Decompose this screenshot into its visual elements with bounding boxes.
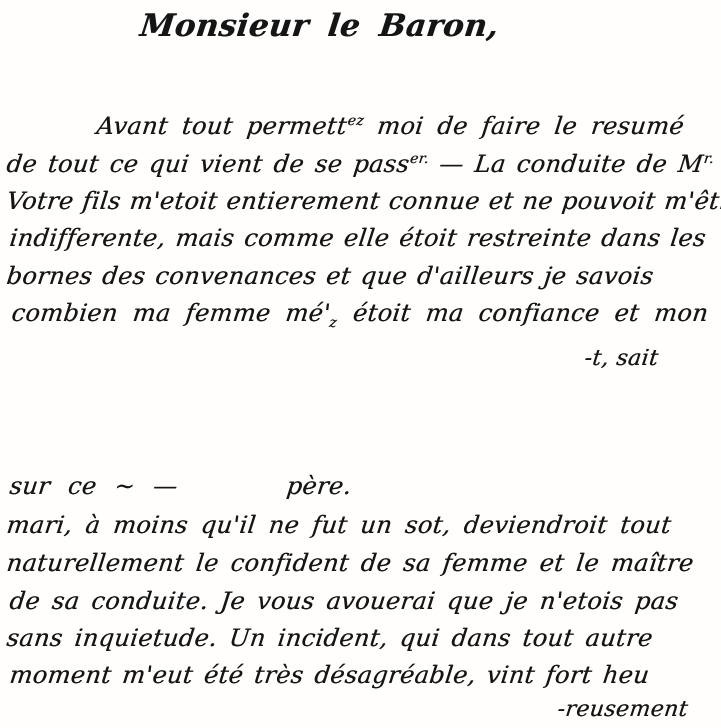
letter-line: de sa conduite. Je vous avouerai que je …: [8, 587, 680, 615]
superscript-text: r.: [703, 151, 715, 167]
letter-line: moment m'eut été très désagréable, vint …: [8, 661, 651, 689]
line-text: étoit ma confiance et mon: [336, 299, 710, 327]
continuation-word: -reusement: [556, 697, 689, 722]
line-text: moi de faire le resumé: [362, 112, 686, 140]
letter-line: combien ma femme mé'z étoit ma confiance…: [10, 299, 710, 327]
line-text: de tout ce qui vient de se pass: [5, 150, 411, 178]
line-text: combien ma femme mé': [10, 299, 332, 327]
letter-line: Avant tout permettez moi de faire le res…: [95, 112, 686, 140]
line-text: — La conduite de M: [427, 150, 705, 178]
letter-line: bornes des convenances et que d'ailleurs…: [5, 262, 655, 290]
letter-line: sans inquietude. Un incident, qui dans t…: [5, 624, 654, 652]
letter-page: Monsieur le Baron, Avant tout permettez …: [0, 0, 721, 728]
line-text: Avant tout permett: [95, 112, 349, 140]
letter-line: de tout ce qui vient de se passer. — La …: [5, 150, 715, 178]
line-fragment: -t, sait: [583, 346, 660, 371]
letter-line: mari, à moins qu'il ne fut un sot, devie…: [5, 511, 673, 539]
letter-line: naturellement le confident de sa femme e…: [5, 549, 695, 577]
letter-line: Votre fils m'etoit entierement connue et…: [5, 187, 721, 215]
line-fragment: père.: [285, 472, 353, 500]
letter-line: indifferente, mais comme elle étoit rest…: [8, 224, 708, 252]
salutation-line: Monsieur le Baron,: [138, 8, 501, 44]
line-fragment: sur ce ~ —: [8, 472, 179, 500]
superscript-text: er.: [409, 151, 430, 167]
